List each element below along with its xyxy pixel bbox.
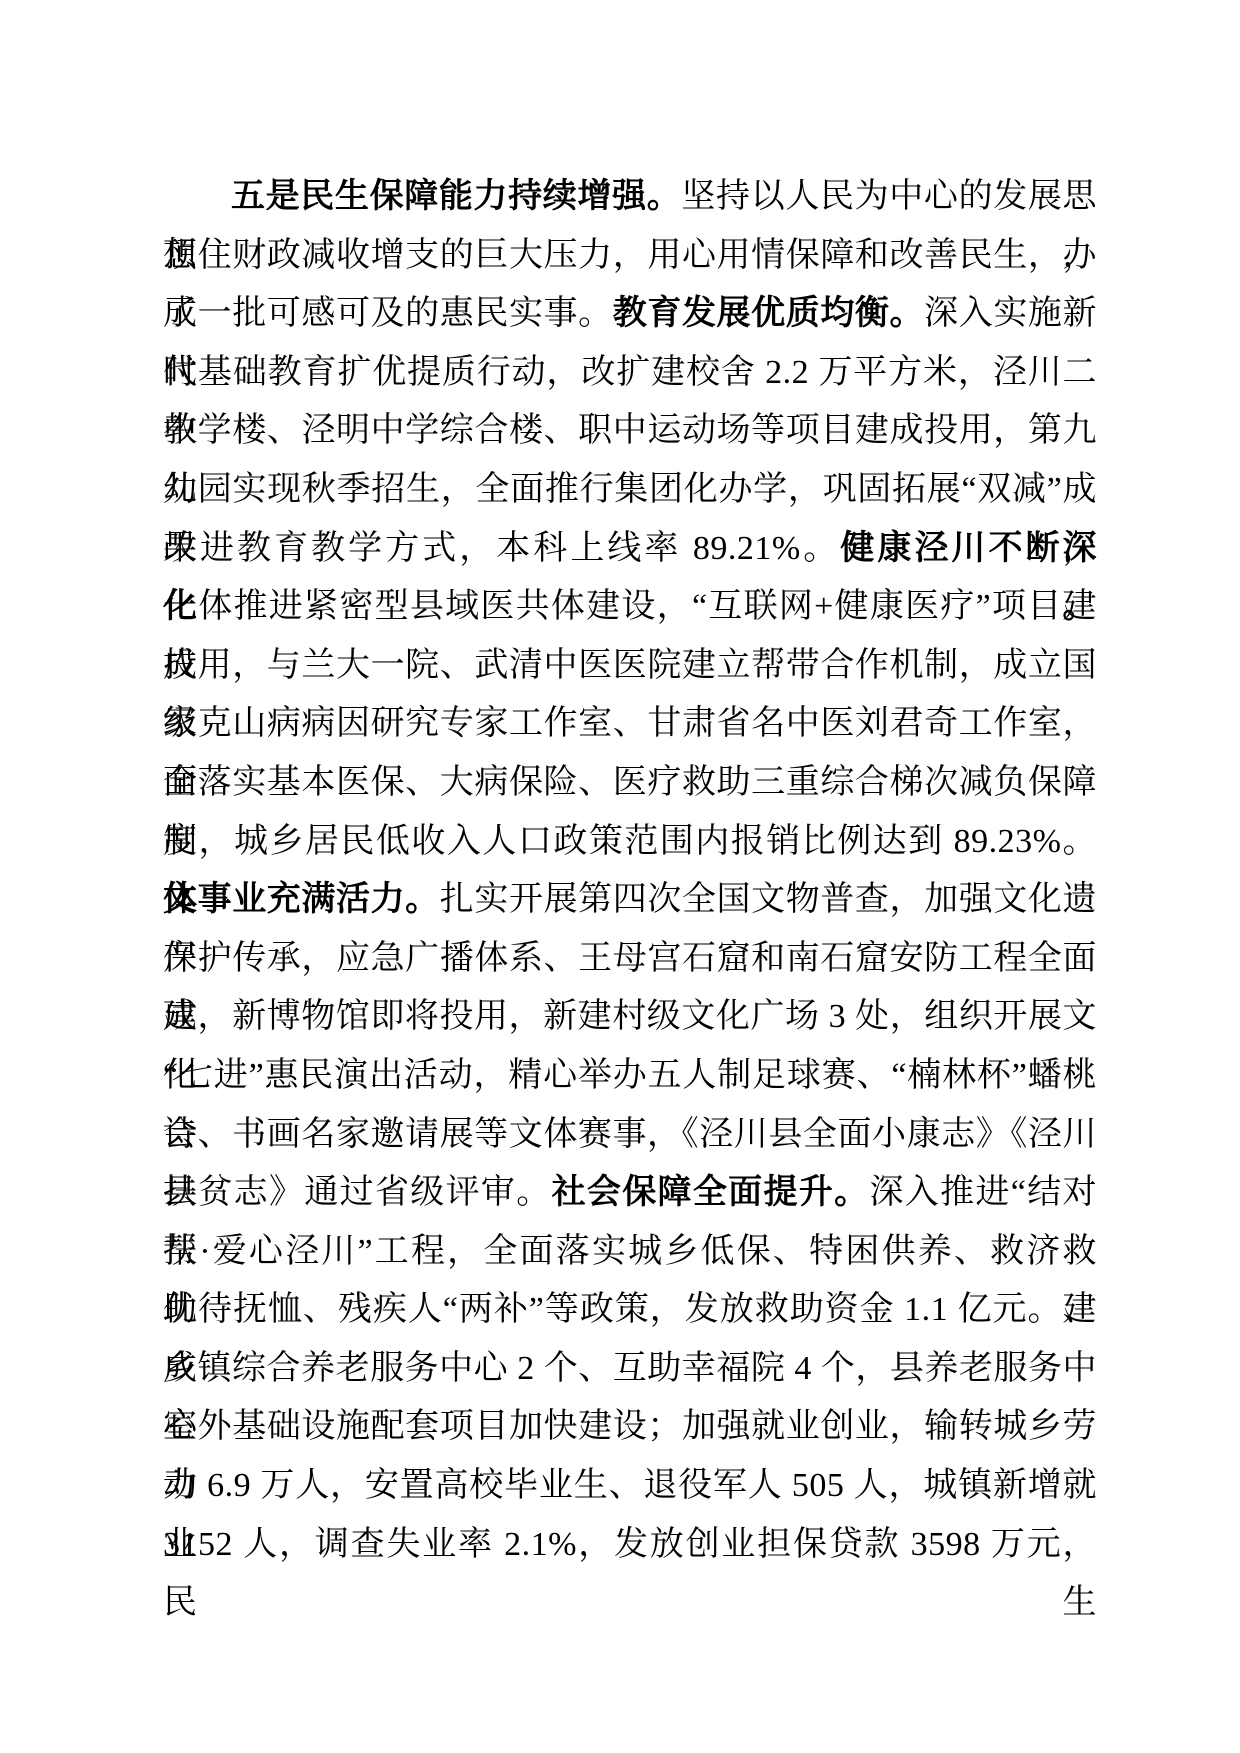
text-line: 级克山病病因研究专家工作室、甘肃省名中医刘君奇工作室，全 bbox=[163, 695, 1097, 754]
body-text: 改进教育教学方式，本科上线率 89.21%。 bbox=[163, 530, 840, 567]
text-line: 了一批可感可及的惠民实事。教育发展优质均衡。深入实施新时 bbox=[163, 285, 1097, 344]
document-page: 五是民生保障能力持续增强。坚持以人民为中心的发展思想， 顶住财政减收增支的巨大压… bbox=[0, 0, 1240, 1753]
text-line: 优待抚恤、残疾人“两补”等政策，发放救助资金 1.1 亿元。建成 bbox=[163, 1281, 1097, 1340]
inline-heading: 教育发展优质均衡。 bbox=[613, 295, 924, 332]
text-line: 会、书画名家邀请展等文体赛事，《泾川县全面小康志》《泾川县 bbox=[163, 1106, 1097, 1165]
text-line: 教学楼、泾明中学综合楼、职中运动场等项目建成投用，第九幼 bbox=[163, 402, 1097, 461]
body-text: 3152 人，调查失业率 2.1%，发放创业担保贷款 3598 万元，民生 bbox=[163, 1526, 1097, 1622]
text-line: 代基础教育扩优提质行动，改扩建校舍 2.2 万平方米，泾川二中 bbox=[163, 344, 1097, 403]
paragraph-block: 五是民生保障能力持续增强。坚持以人民为中心的发展思想， 顶住财政减收增支的巨大压… bbox=[163, 168, 1097, 1574]
text-line: 力 6.9 万人，安置高校毕业生、退役军人 505 人，城镇新增就业 bbox=[163, 1457, 1097, 1516]
text-line: 一体推进紧密型县域医共体建设，“互联网+健康医疗”项目建成 bbox=[163, 578, 1097, 637]
text-line: “七进”惠民演出活动，精心举办五人制足球赛、“楠林杯”蟠桃诗 bbox=[163, 1047, 1097, 1106]
text-line: 五是民生保障能力持续增强。坚持以人民为中心的发展思想， bbox=[163, 168, 1097, 227]
text-line: 3152 人，调查失业率 2.1%，发放创业担保贷款 3598 万元，民生 bbox=[163, 1516, 1097, 1575]
body-text: 扶贫志》通过省级评审。 bbox=[163, 1174, 552, 1211]
inline-heading: 社会保障全面提升。 bbox=[552, 1174, 870, 1211]
text-line: 儿园实现秋季招生，全面推行集团化办学，巩固拓展“双减”成果， bbox=[163, 461, 1097, 520]
body-text: 了一批可感可及的惠民实事。 bbox=[163, 295, 613, 332]
text-line: 体事业充满活力。扎实开展第四次全国文物普查，加强文化遗产 bbox=[163, 871, 1097, 930]
text-line: 顶住财政减收增支的巨大压力，用心用情保障和改善民生，办成 bbox=[163, 227, 1097, 286]
text-line: 度，城乡居民低收入人口政策范围内报销比例达到 89.23%。文 bbox=[163, 813, 1097, 872]
text-line: 扶·爱心泾川”工程，全面落实城乡低保、特困供养、救济救助、 bbox=[163, 1223, 1097, 1282]
text-line: 改进教育教学方式，本科上线率 89.21%。健康泾川不断深化。 bbox=[163, 520, 1097, 579]
text-line: 面落实基本医保、大病保险、医疗救助三重综合梯次减负保障制 bbox=[163, 754, 1097, 813]
text-line: 投用，与兰大一院、武清中医医院建立帮带合作机制，成立国家 bbox=[163, 637, 1097, 696]
text-line: 成，新博物馆即将投用，新建村级文化广场 3 处，组织开展文化 bbox=[163, 988, 1097, 1047]
text-line: 乡镇综合养老服务中心 2 个、互助幸福院 4 个，县养老服务中心 bbox=[163, 1340, 1097, 1399]
body-text: 度，城乡居民低收入人口政策范围内报销比例达到 89.23%。 bbox=[163, 823, 1097, 860]
text-line: 室外基础设施配套项目加快建设；加强就业创业，输转城乡劳动 bbox=[163, 1398, 1097, 1457]
inline-heading: 五是民生保障能力持续增强。 bbox=[231, 178, 681, 215]
text-line: 保护传承，应急广播体系、王母宫石窟和南石窟安防工程全面建 bbox=[163, 930, 1097, 989]
text-line: 扶贫志》通过省级评审。社会保障全面提升。深入推进“结对帮 bbox=[163, 1164, 1097, 1223]
inline-heading: 体事业充满活力。 bbox=[163, 881, 440, 918]
